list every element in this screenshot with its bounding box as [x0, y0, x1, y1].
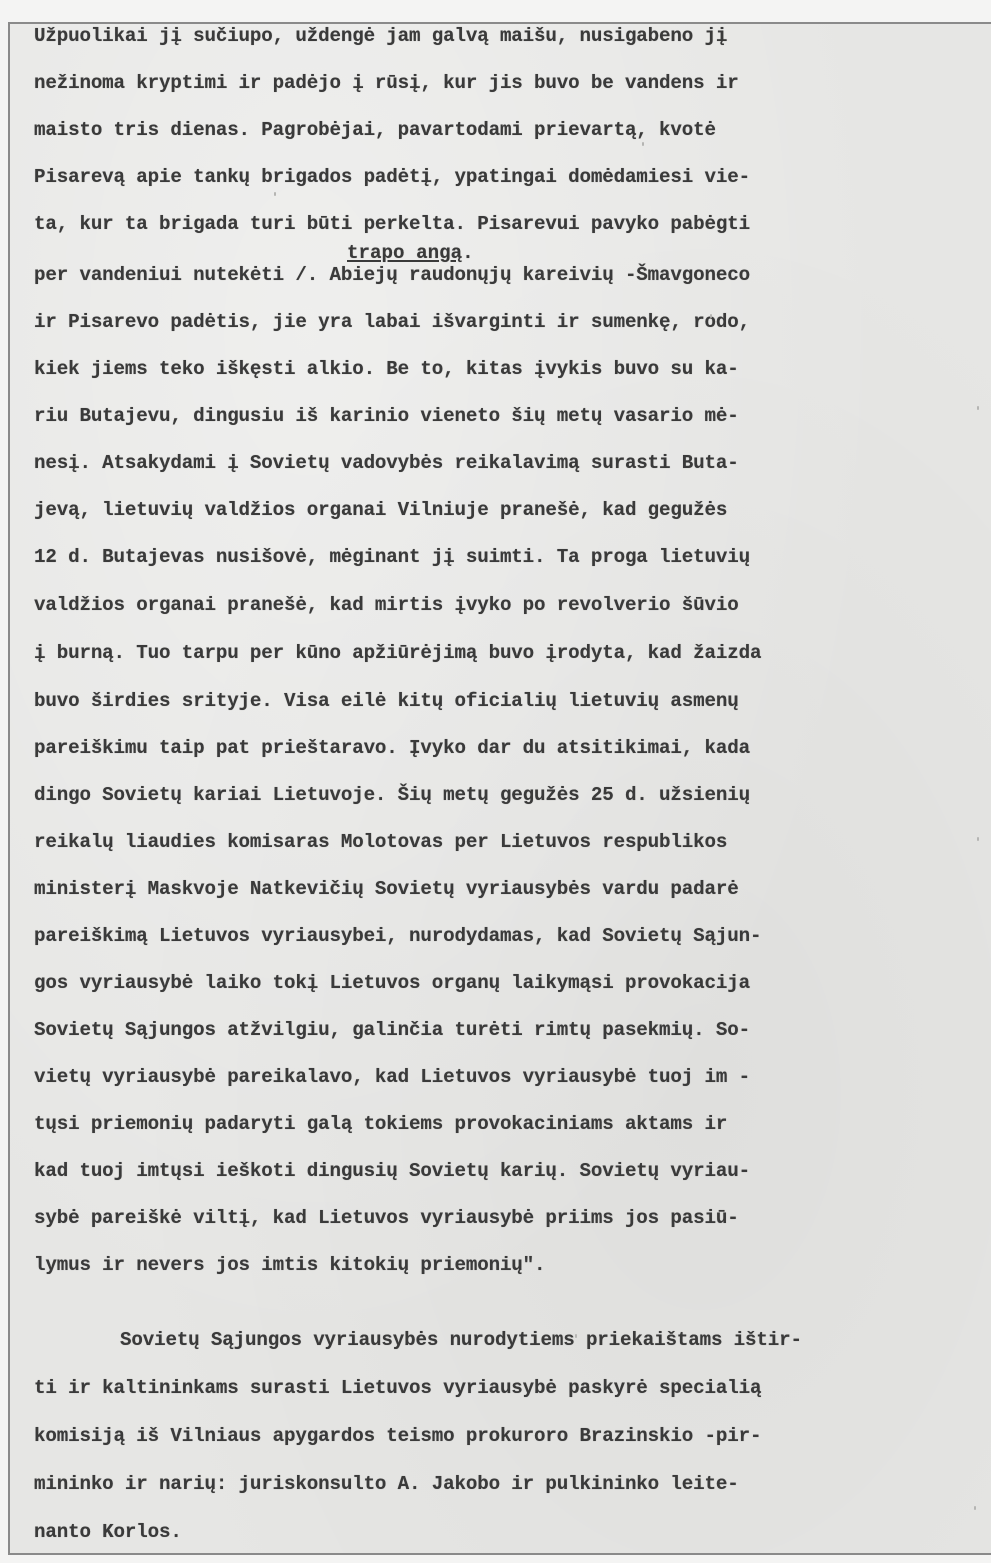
text-line: 12 d. Butajevas nusišovė, mėginant jį su…: [34, 545, 750, 569]
text-line: ti ir kaltininkams surasti Lietuvos vyri…: [34, 1376, 761, 1400]
insertion-period: .: [462, 242, 474, 264]
scan-speck: [977, 406, 979, 410]
text-line: lymus ir nevers jos imtis kitokių priemo…: [34, 1253, 545, 1277]
scan-speck: [710, 314, 712, 318]
text-line: nežinoma kryptimi ir padėjo į rūsį, kur …: [34, 71, 739, 95]
text-line: pareiškimu taip pat prieštaravo. Įvyko d…: [34, 736, 750, 760]
text-line: dingo Sovietų kariai Lietuvoje. Šių metų…: [34, 783, 750, 807]
text-line: tųsi priemonių padaryti galą tokiems pro…: [34, 1112, 727, 1136]
scan-speck: [977, 837, 979, 841]
text-line: komisiją iš Vilniaus apygardos teismo pr…: [34, 1424, 761, 1448]
text-line: kad tuoj imtųsi ieškoti dingusių Sovietų…: [34, 1159, 750, 1183]
scan-speck: [642, 142, 644, 146]
handwritten-insertion: trapo angą.: [347, 242, 474, 264]
text-line: reikalų liaudies komisaras Molotovas per…: [34, 830, 727, 854]
scan-speck: [575, 1334, 577, 1338]
text-line: Sovietų Sąjungos vyriausybės nurodytiems…: [120, 1328, 802, 1352]
scan-speck: [274, 192, 276, 196]
text-line: gos vyriausybė laiko tokį Lietuvos organ…: [34, 971, 750, 995]
text-line: valdžios organai pranešė, kad mirtis įvy…: [34, 593, 739, 617]
text-line: Sovietų Sąjungos atžvilgiu, galinčia tur…: [34, 1018, 750, 1042]
text-line: riu Butajevu, dingusiu iš karinio vienet…: [34, 404, 739, 428]
text-line: mininko ir narių: juriskonsulto A. Jakob…: [34, 1472, 739, 1496]
text-line: ir Pisarevo padėtis, jie yra labai išvar…: [34, 310, 750, 334]
text-line: ta, kur ta brigada turi būti perkelta. P…: [34, 212, 750, 236]
insertion-text: trapo angą: [347, 242, 462, 264]
text-line: kiek jiems teko iškęsti alkio. Be to, ki…: [34, 357, 739, 381]
text-line: pareiškimą Lietuvos vyriausybei, nurodyd…: [34, 924, 761, 948]
text-line: ministerį Maskvoje Natkevičių Sovietų vy…: [34, 877, 739, 901]
text-line: į burną. Tuo tarpu per kūno apžiūrėjimą …: [34, 641, 761, 665]
text-line: Pisarevą apie tankų brigados padėtį, ypa…: [34, 165, 750, 189]
text-line: Užpuolikai jį sučiupo, uždengė jam galvą…: [34, 24, 727, 48]
text-line: sybė pareiškė viltį, kad Lietuvos vyriau…: [34, 1206, 739, 1230]
text-line: nesį. Atsakydami į Sovietų vadovybės rei…: [34, 451, 739, 475]
text-line: per vandeniui nutekėti /. Abiejų raudonų…: [34, 263, 750, 287]
text-line: vietų vyriausybė pareikalavo, kad Lietuv…: [34, 1065, 750, 1089]
document-page: Užpuolikai jį sučiupo, uždengė jam galvą…: [8, 22, 991, 1555]
text-line: buvo širdies srityje. Visa eilė kitų ofi…: [34, 689, 739, 713]
text-line: jevą, lietuvių valdžios organai Vilniuje…: [34, 498, 727, 522]
scan-speck: [974, 1506, 976, 1510]
text-line: nanto Korlos.: [34, 1520, 182, 1544]
text-line: maisto tris dienas. Pagrobėjai, pavartod…: [34, 118, 716, 142]
